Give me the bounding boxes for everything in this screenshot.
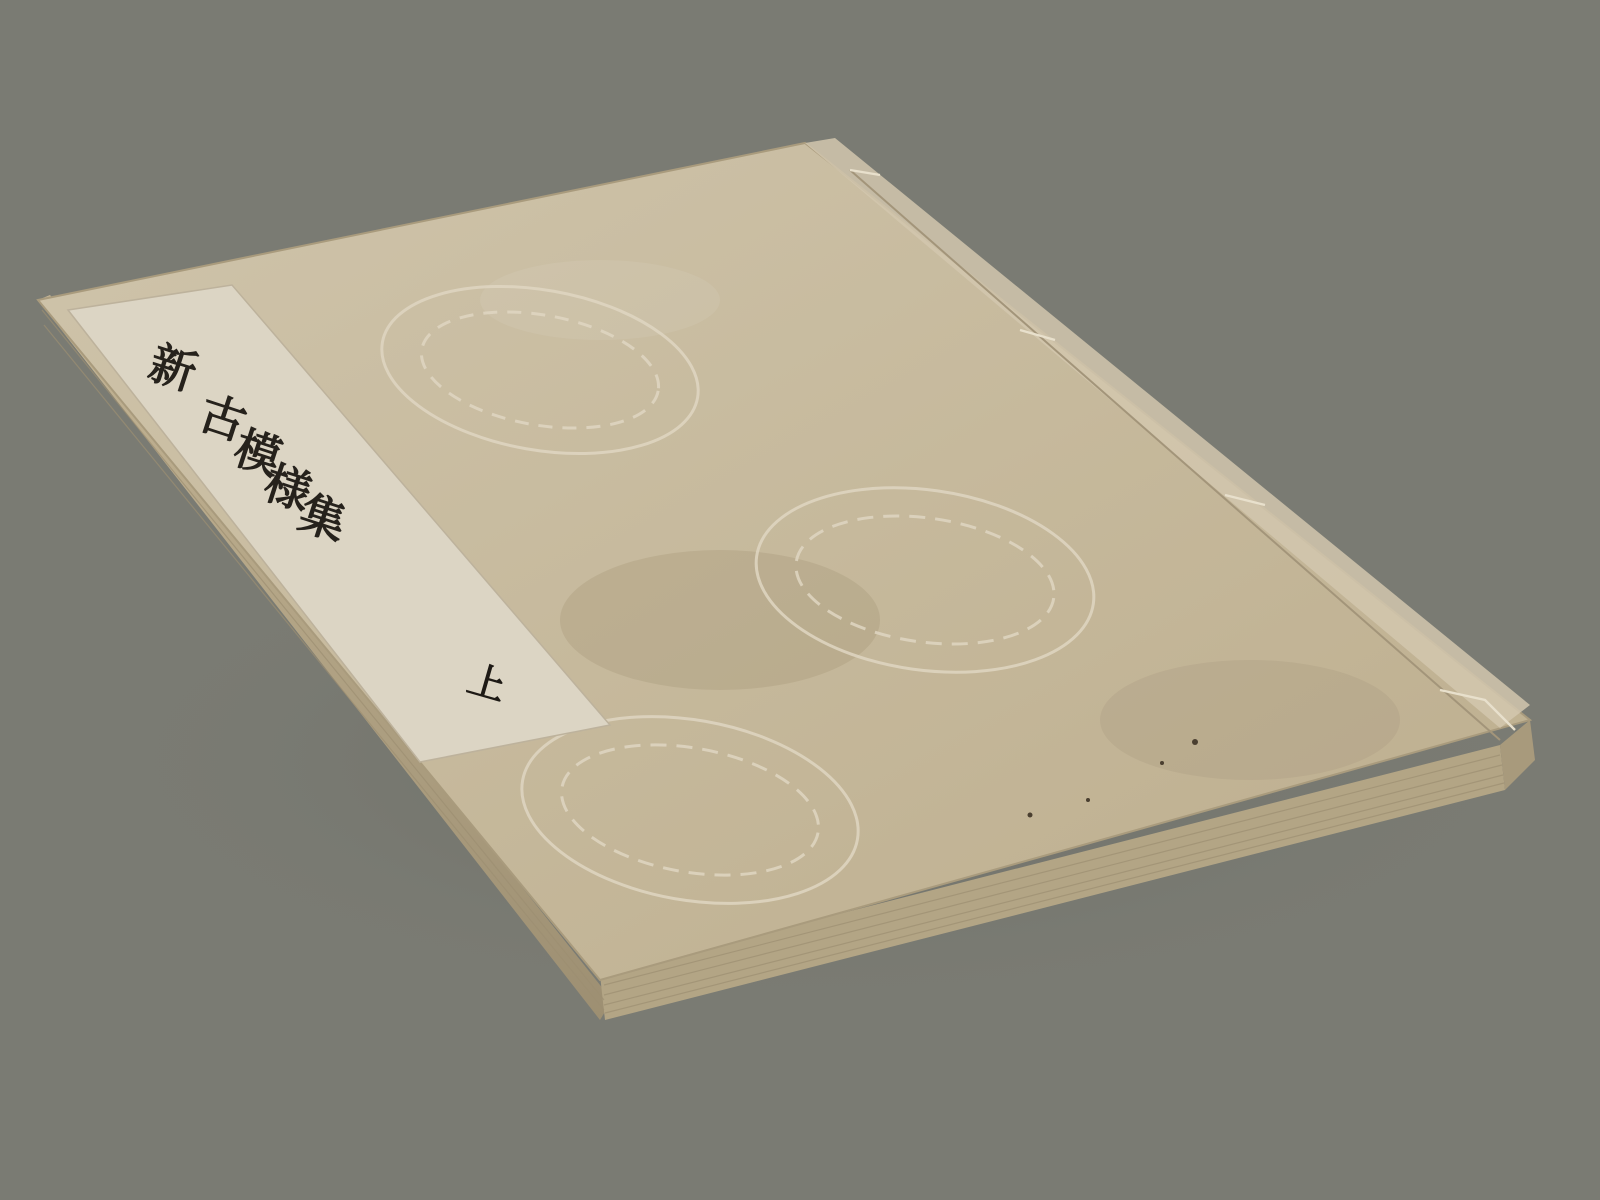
photo-scene: 新 古 模 様 集 上	[0, 0, 1600, 1200]
book-illustration	[0, 0, 1600, 1200]
